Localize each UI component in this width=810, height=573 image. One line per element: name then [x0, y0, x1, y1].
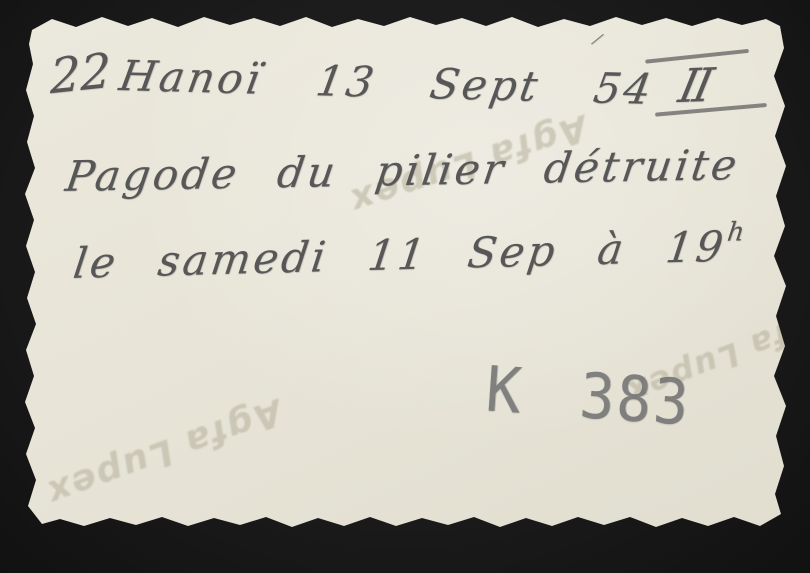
handwritten-place-date-line: Hanoï 13 Sept 54 [116, 51, 658, 114]
handwritten-caption-line-2: le samedi 11 Sep à 19h [71, 217, 750, 288]
photo-verso-scene: Agfa Lupex Agfa Lupex Agfa Lupex 22 Hano… [0, 0, 810, 573]
archive-number-stamp: K 383 [484, 352, 693, 440]
caption-line-2-superscript: h [726, 217, 750, 248]
handwritten-caption-line-1: Pagode du pilier détruite [63, 140, 743, 201]
pencil-tick-mark: ⁄ [594, 30, 601, 49]
series-numeral-block: II [645, 52, 767, 114]
caption-line-2-text: le samedi 11 Sep à 19 [71, 222, 729, 288]
photo-verso-paper: Agfa Lupex Agfa Lupex Agfa Lupex 22 Hano… [24, 14, 788, 534]
handwritten-index-number: 22 [50, 43, 111, 106]
agfa-lupex-watermark: Agfa Lupex [40, 391, 287, 514]
